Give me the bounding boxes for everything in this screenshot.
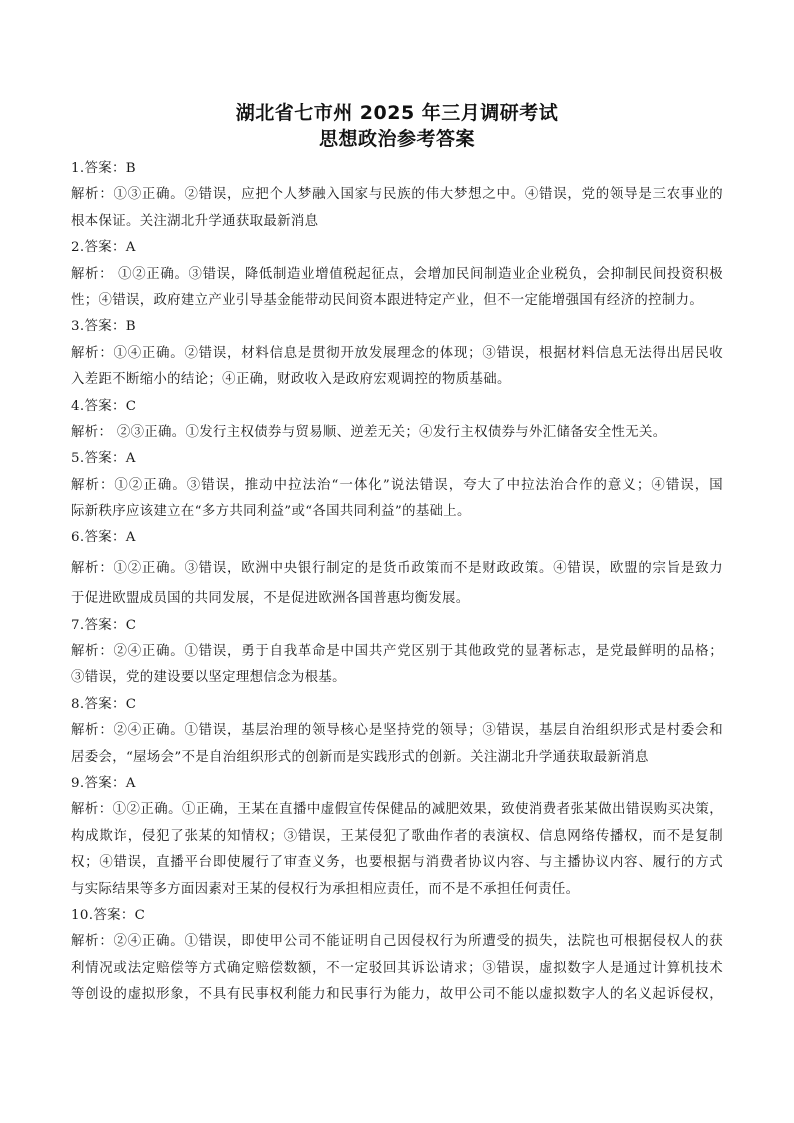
answer-item-5: 5.答案：A 解析：①②正确。③错误，推动中拉法治“一体化”说法错误，夸大了中拉… <box>71 446 723 525</box>
analysis-line: 居委会，“屋场会”不是自治组织形式的创新而是实践形式的创新。关注湖北升学通获取最… <box>71 745 723 771</box>
analysis-line: 解析：①②正确。③错误，欧洲中央银行制定的是货币政策而不是财政政策。④错误，欧盟… <box>71 556 723 582</box>
answer-item-3: 3.答案：B 解析：①④正确。②错误，材料信息是贯彻开放发展理念的体现；③错误，… <box>71 314 723 393</box>
analysis-line: 解析： ①②正确。③错误，降低制造业增值税起征点，会增加民间制造业企业税负，会抑… <box>71 262 723 288</box>
analysis-line: 根本保证。关注湖北升学通获取最新消息 <box>71 209 723 235</box>
analysis-line: 于促进欧盟成员国的共同发展，不是促进欧洲各国普惠均衡发展。 <box>71 586 723 612</box>
answer-item-4: 4.答案：C 解析： ②③正确。①发行主权债券与贸易顺、逆差无关；④发行主权债券… <box>71 394 723 447</box>
answer-heading: 7.答案：C <box>71 613 723 639</box>
analysis-line: 解析：②④正确。①错误，勇于自我革命是中国共产党区别于其他政党的显著标志，是党最… <box>71 639 723 665</box>
answer-list: 1.答案：B 解析：①③正确。②错误，应把个人梦融入国家与民族的伟大梦想之中。④… <box>71 156 723 1009</box>
answer-heading: 9.答案：A <box>71 771 723 797</box>
answer-heading: 3.答案：B <box>71 314 723 340</box>
analysis-line: 解析：①④正确。②错误，材料信息是贯彻开放发展理念的体现；③错误，根据材料信息无… <box>71 341 723 367</box>
analysis-line: 解析：①②正确。③错误，推动中拉法治“一体化”说法错误，夸大了中拉法治合作的意义… <box>71 473 723 499</box>
analysis-line: 解析：②④正确。①错误，基层治理的领导核心是坚持党的领导；③错误，基层自治组织形… <box>71 718 723 744</box>
answer-heading: 5.答案：A <box>71 446 723 472</box>
analysis-line: 入差距不断缩小的结论；④正确，财政收入是政府宏观调控的物质基础。 <box>71 367 723 393</box>
answer-heading: 1.答案：B <box>71 156 723 182</box>
answer-item-7: 7.答案：C 解析：②④正确。①错误，勇于自我革命是中国共产党区别于其他政党的显… <box>71 613 723 692</box>
answer-item-9: 9.答案：A 解析：①②正确。①正确，王某在直播中虚假宣传保健品的减肥效果，致使… <box>71 771 723 903</box>
analysis-line: 解析：②④正确。①错误，即使甲公司不能证明自己因侵权行为所遭受的损失，法院也可根… <box>71 929 723 955</box>
answer-heading: 10.答案：C <box>71 903 723 929</box>
subject-title: 思想政治参考答案 <box>0 126 794 152</box>
analysis-line: 解析： ②③正确。①发行主权债券与贸易顺、逆差无关；④发行主权债券与外汇储备安全… <box>71 420 723 446</box>
answer-item-8: 8.答案：C 解析：②④正确。①错误，基层治理的领导核心是坚持党的领导；③错误，… <box>71 692 723 771</box>
answer-heading: 2.答案：A <box>71 235 723 261</box>
analysis-line: 等创设的虚拟形象，不具有民事权利能力和民事行为能力，故甲公司不能以虚拟数字人的名… <box>71 982 723 1008</box>
analysis-line: 际新秩序应该建立在“多方共同利益”或“各国共同利益”的基础上。 <box>71 499 723 525</box>
answer-item-6: 6.答案：A 解析：①②正确。③错误，欧洲中央银行制定的是货币政策而不是财政政策… <box>71 525 723 612</box>
answer-heading: 4.答案：C <box>71 394 723 420</box>
answer-item-10: 10.答案：C 解析：②④正确。①错误，即使甲公司不能证明自己因侵权行为所遭受的… <box>71 903 723 1009</box>
answer-heading: 8.答案：C <box>71 692 723 718</box>
analysis-line: 构成欺诈，侵犯了张某的知情权；③错误，王某侵犯了歌曲作者的表演权、信息网络传播权… <box>71 824 723 850</box>
answer-item-2: 2.答案：A 解析： ①②正确。③错误，降低制造业增值税起征点，会增加民间制造业… <box>71 235 723 314</box>
exam-title: 湖北省七市州 2025 年三月调研考试 <box>0 100 794 126</box>
analysis-line: 性；④错误，政府建立产业引导基金能带动民间资本跟进特定产业，但不一定能增强国有经… <box>71 288 723 314</box>
analysis-line: 与实际结果等多方面因素对王某的侵权行为承担相应责任，而不是不承担任何责任。 <box>71 877 723 903</box>
answer-heading: 6.答案：A <box>71 525 723 551</box>
analysis-line: 解析：①②正确。①正确，王某在直播中虚假宣传保健品的减肥效果，致使消费者张某做出… <box>71 797 723 823</box>
analysis-line: 解析：①③正确。②错误，应把个人梦融入国家与民族的伟大梦想之中。④错误，党的领导… <box>71 182 723 208</box>
document-header: 湖北省七市州 2025 年三月调研考试 思想政治参考答案 <box>0 100 794 152</box>
document-page: 湖北省七市州 2025 年三月调研考试 思想政治参考答案 1.答案：B 解析：①… <box>0 0 794 1123</box>
analysis-line: ③错误，党的建设要以坚定理想信念为根基。 <box>71 665 723 691</box>
answer-item-1: 1.答案：B 解析：①③正确。②错误，应把个人梦融入国家与民族的伟大梦想之中。④… <box>71 156 723 235</box>
analysis-line: 权；④错误，直播平台即使履行了审查义务，也要根据与消费者协议内容、与主播协议内容… <box>71 850 723 876</box>
analysis-line: 利情况或法定赔偿等方式确定赔偿数额，不一定驳回其诉讼请求；③错误，虚拟数字人是通… <box>71 956 723 982</box>
